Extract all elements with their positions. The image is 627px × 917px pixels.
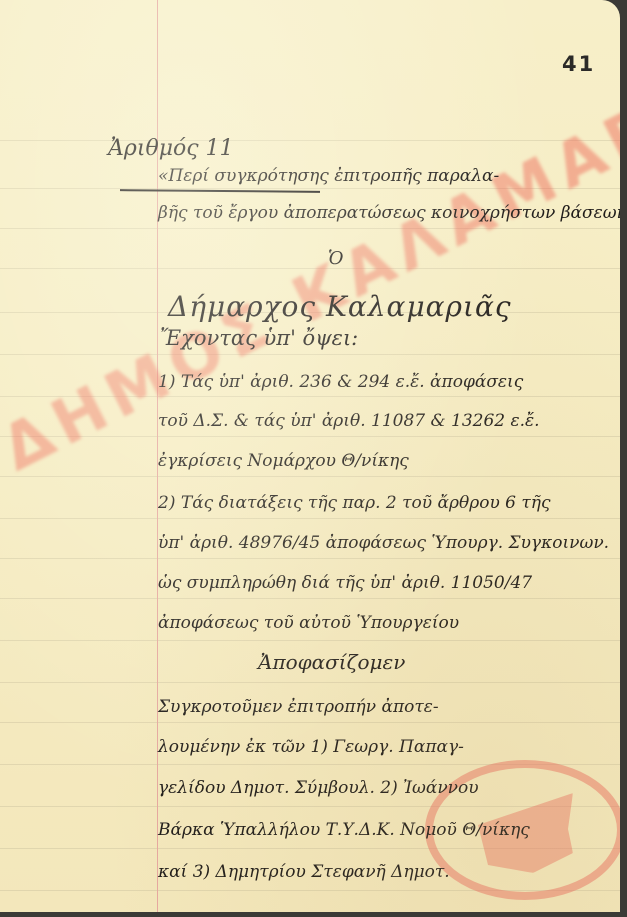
decision-heading: Ἀποφασίζομεν <box>258 650 405 674</box>
document-heading: Ἀριθμός 11 <box>108 136 234 161</box>
ruled-line <box>0 476 620 477</box>
ruled-line <box>0 640 620 641</box>
body-line: ἀποφάσεως τοῦ αὐτοῦ Ὑπουργείου <box>158 613 459 633</box>
article-label: Ὁ <box>328 248 343 269</box>
body-line: 1) Τάς ὑπ' ἀριθ. 236 & 294 ε.ἔ. ἀποφάσει… <box>158 372 523 392</box>
page-number: 41 <box>562 52 595 76</box>
ruled-line <box>0 518 620 519</box>
subject-line: «Περί συγκρότησης ἐπιτροπῆς παραλα- <box>158 166 499 186</box>
ruled-line <box>0 682 620 683</box>
heading-underline <box>120 189 320 193</box>
decision-line: καί 3) Δημητρίου Στεφανῆ Δημοτ. <box>158 862 450 882</box>
ruled-line <box>0 558 620 559</box>
ruled-line <box>0 354 620 355</box>
body-line: 2) Τάς διατάξεις τῆς παρ. 2 τοῦ ἄρθρου 6… <box>158 493 551 513</box>
ruled-line <box>0 722 620 723</box>
body-line: τοῦ Δ.Σ. & τάς ὑπ' ἀριθ. 11087 & 13262 ε… <box>158 411 540 431</box>
council-title: Δήμαρχος Καλαμαριᾶς <box>168 290 512 323</box>
ruled-line <box>0 140 620 141</box>
decision-line: Συγκροτοῦμεν ἐπιτροπήν ἀποτε- <box>158 697 439 717</box>
body-line: ὡς συμπληρώθη διά τῆς ὑπ' ἀριθ. 11050/47 <box>158 573 532 593</box>
subject-line: βῆς τοῦ ἔργου ἀποπερατώσεως κοινοχρήστων… <box>158 203 620 223</box>
ruled-line <box>0 598 620 599</box>
body-line: ὑπ' ἀριθ. 48976/45 ἀποφάσεως Ὑπουργ. Συγ… <box>158 533 609 553</box>
decision-line: γελίδου Δημοτ. Σύμβουλ. 2) Ἰωάννου <box>158 778 479 798</box>
document-page: ΔΗΜΟΣ ΚΑΛΑΜΑΡΙΑΣ 41 Ἀριθμός 11 «Περί συγ… <box>0 0 620 912</box>
decision-line: λουμένην ἐκ τῶν 1) Γεωργ. Παπαγ- <box>158 737 464 757</box>
decision-line: Βάρκα Ὑπαλλήλου Τ.Υ.Δ.Κ. Νομοῦ Θ/νίκης <box>158 820 530 840</box>
having-seen-label: Ἔχοντας ὑπ' ὄψει: <box>160 326 358 350</box>
body-line: ἐγκρίσεις Νομάρχου Θ/νίκης <box>158 451 409 471</box>
